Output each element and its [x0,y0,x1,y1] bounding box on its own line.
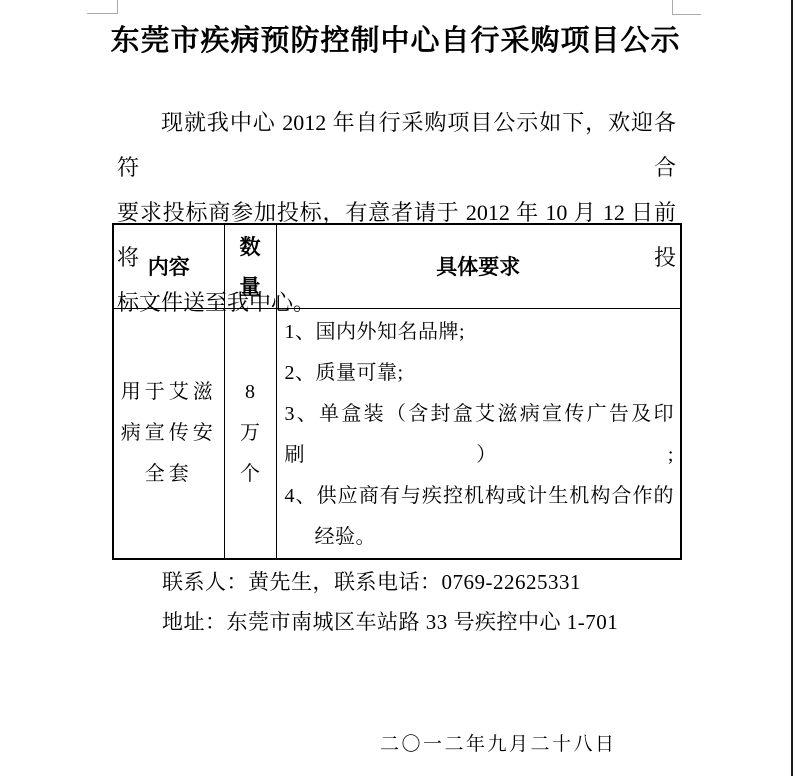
requirement-item: 3、单盒装（含封盒艾滋病宣传广告及印刷）; [277,394,681,476]
cell-requirements: 1、国内外知名品牌; 2、质量可靠; 3、单盒装（含封盒艾滋病宣传广告及印刷）;… [276,309,681,560]
margin-corner-mark-top-right [672,0,673,15]
document-date: 二〇一二年九月二十八日 [380,729,617,756]
contact-address-line: 地址：东莞市南城区车站路 33 号疾控中心 1-701 [162,602,618,642]
cell-quantity: 8 万 个 [224,309,276,560]
requirement-item: 4、供应商有与疾控机构或计生机构合作的 [277,476,681,517]
table-header-row: 内容 数 量 具体要求 [113,224,681,309]
table-row: 用于艾滋 病宣传安 全套 8 万 个 1、国内外知名品牌; 2、质量可靠; 3、… [113,309,681,560]
header-cell-quantity: 数 量 [224,224,276,309]
margin-corner-mark-top-left [87,13,118,14]
document-page: 东莞市疾病预防控制中心自行采购项目公示 现就我中心 2012 年自行采购项目公示… [0,0,795,776]
intro-line: 现就我中心 2012 年自行采购项目公示如下，欢迎各符合 [117,100,676,190]
contact-person-line: 联系人：黄先生，联系电话：0769-22625331 [162,562,618,602]
contact-block: 联系人：黄先生，联系电话：0769-22625331 地址：东莞市南城区车站路 … [162,562,618,642]
margin-corner-mark-top-right [672,14,701,15]
requirement-item-continuation: 经验。 [277,517,681,558]
page-edge-line [791,0,793,776]
header-cell-requirements: 具体要求 [276,224,681,309]
cell-content: 用于艾滋 病宣传安 全套 [113,309,224,560]
page-title: 东莞市疾病预防控制中心自行采购项目公示 [0,18,791,59]
header-cell-content: 内容 [113,224,224,309]
requirement-item: 2、质量可靠; [277,353,681,394]
requirement-item: 1、国内外知名品牌; [277,309,681,353]
margin-corner-mark-top-left [117,0,118,14]
procurement-table: 内容 数 量 具体要求 用于艾滋 病宣传安 全套 8 万 个 1、国内外知名品牌… [112,223,682,560]
